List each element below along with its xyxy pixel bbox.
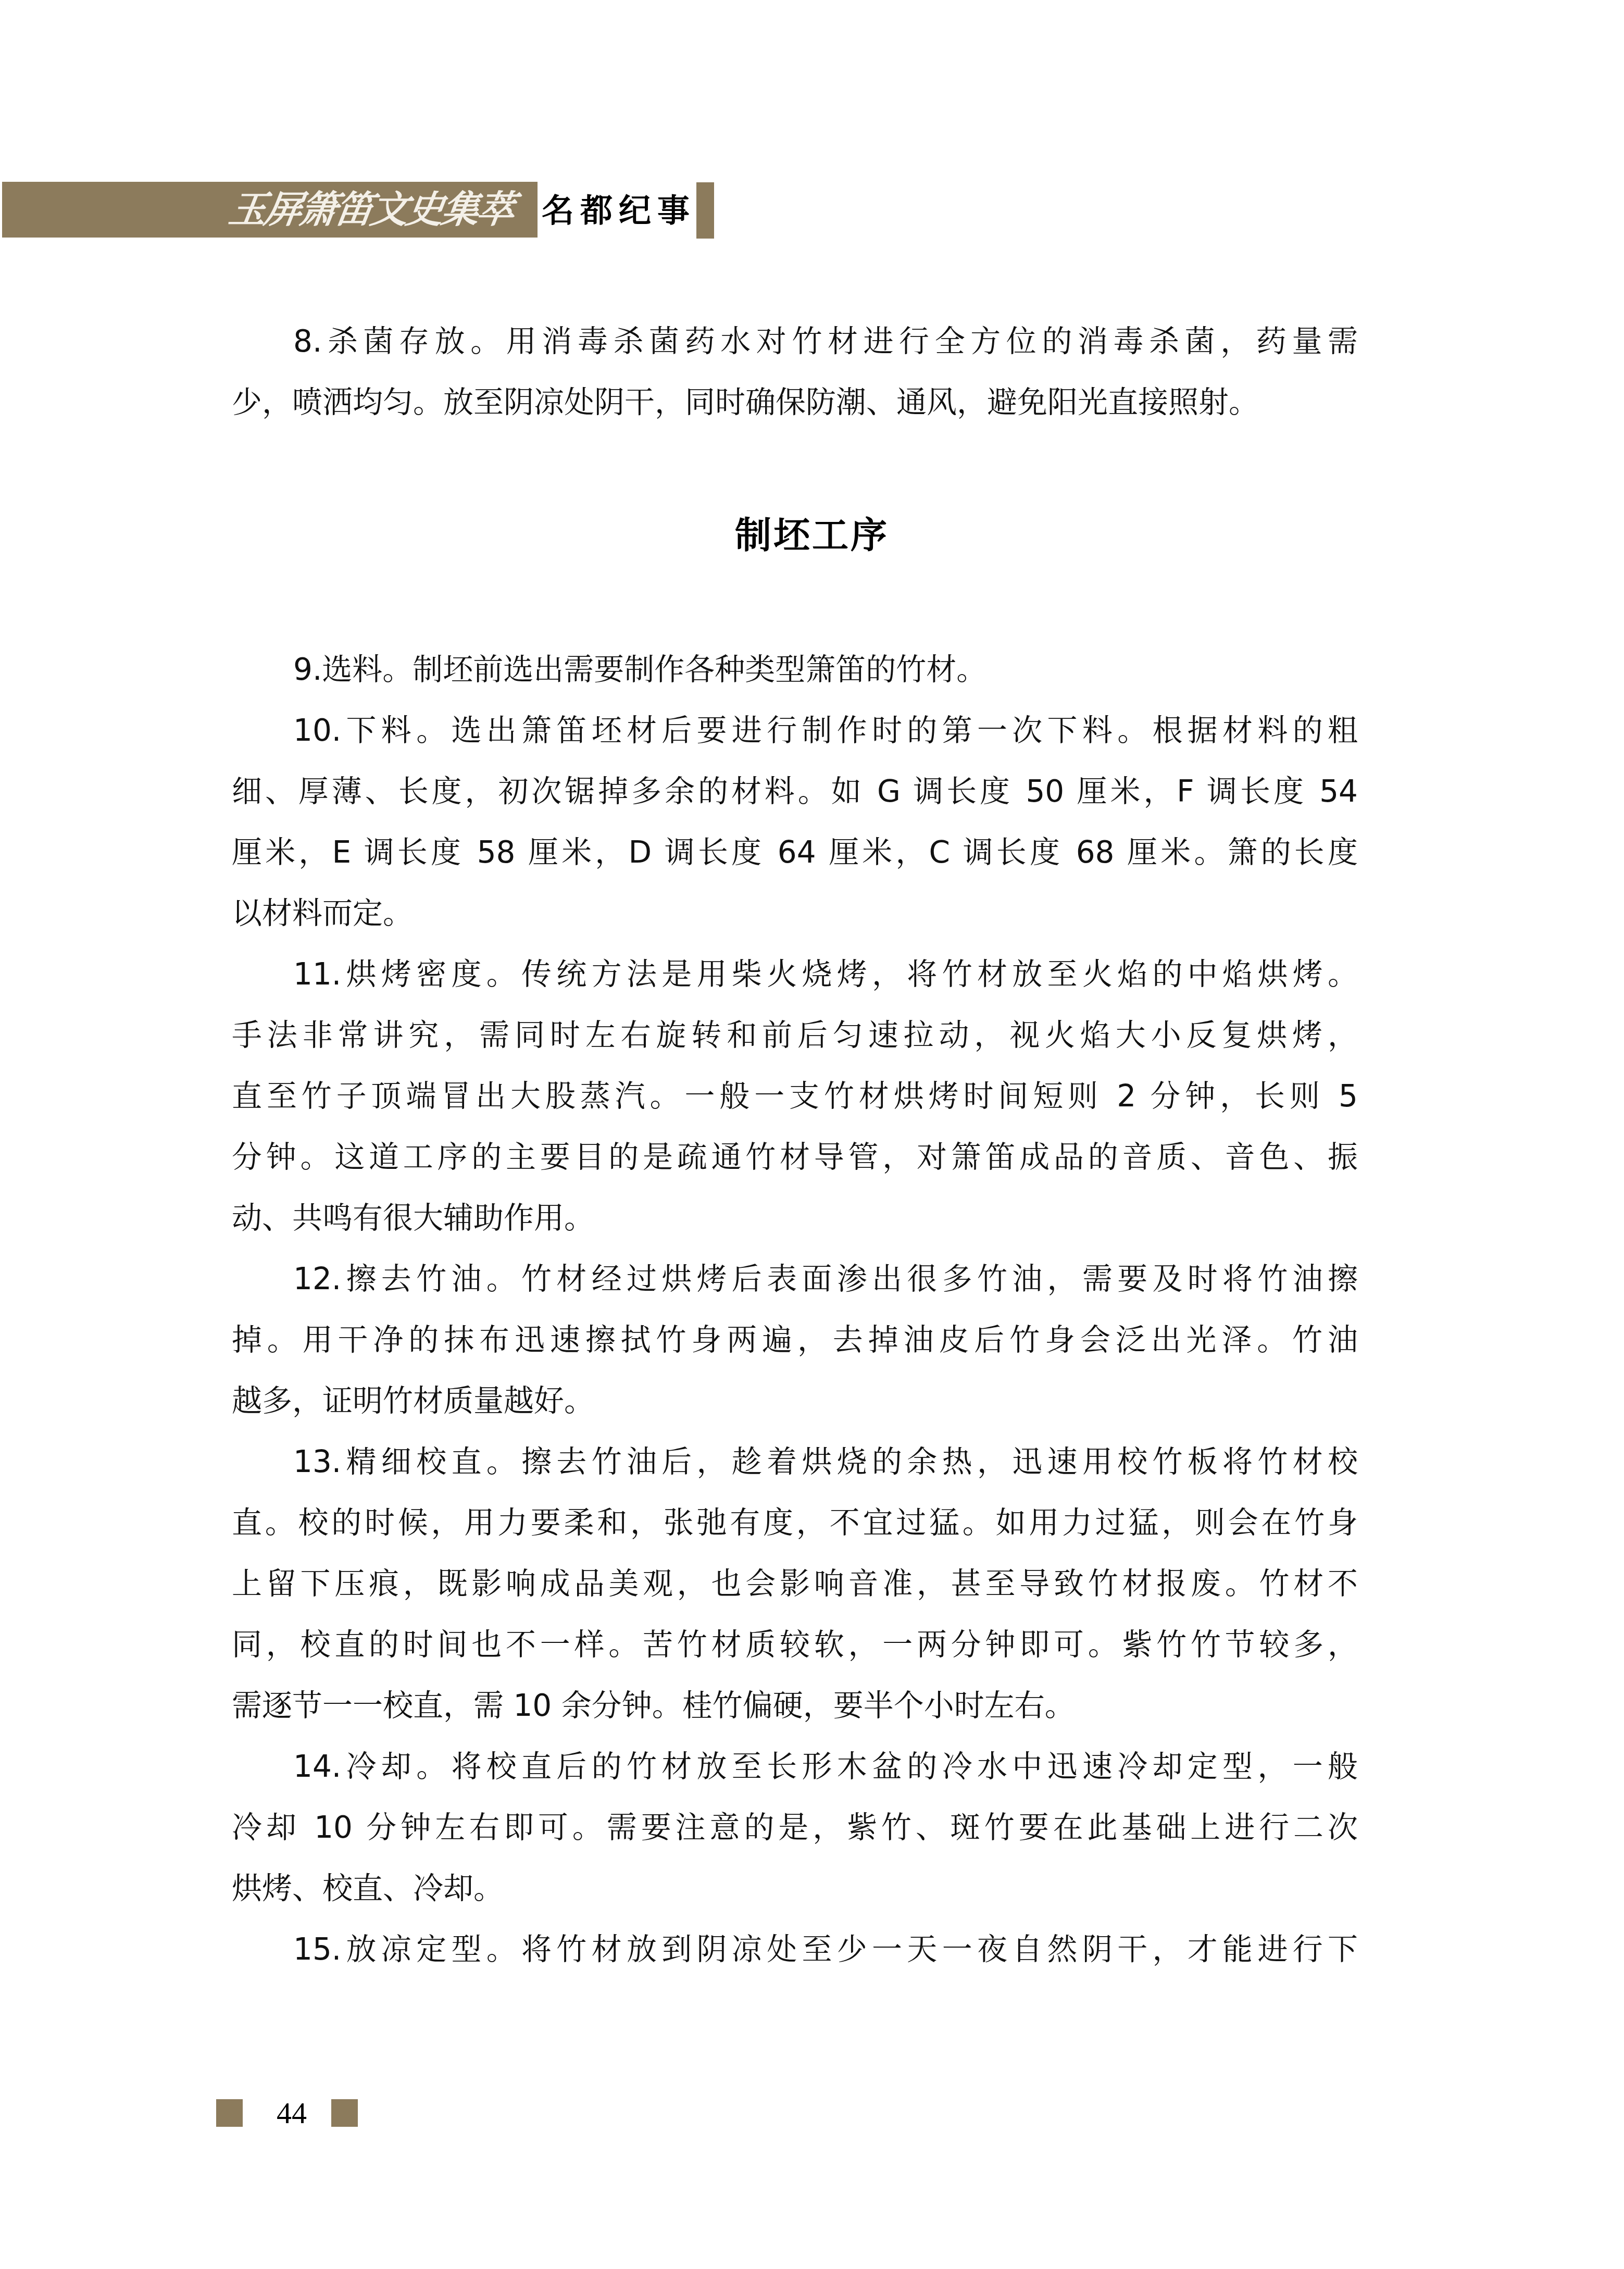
text-line: 10.下料。选出箫笛坯材后要进行制作时的第一次下料。根据材料的粗 xyxy=(293,712,1358,773)
text-line: 以材料而定。 xyxy=(232,895,1358,956)
text-line: 掉。用干净的抹布迅速擦拭竹身两遍，去掉油皮后竹身会泛出光泽。竹油 xyxy=(232,1321,1358,1382)
text-line: 上留下压痕，既影响成品美观，也会影响音准，甚至导致竹材报废。竹材不 xyxy=(232,1565,1358,1626)
section-label: 名都纪事 xyxy=(542,185,696,237)
section-title: 制坯工序 xyxy=(0,515,1624,556)
text-line: 15.放凉定型。将竹材放到阴凉处至少一天一夜自然阴干，才能进行下 xyxy=(293,1931,1358,1992)
text-line: 同，校直的时间也不一样。苦竹材质较软，一两分钟即可。紫竹竹节较多， xyxy=(232,1626,1358,1687)
header-accent-bar xyxy=(696,182,714,239)
text-line: 烘烤、校直、冷却。 xyxy=(232,1870,1358,1931)
text-line: 细、厚薄、长度，初次锯掉多余的材料。如 G 调长度 50 厘米，F 调长度 54 xyxy=(232,773,1358,834)
text-line: 12.擦去竹油。竹材经过烘烤后表面渗出很多竹油，需要及时将竹油擦 xyxy=(293,1261,1358,1321)
text-line: 14.冷却。将校直后的竹材放至长形木盆的冷水中迅速冷却定型，一般 xyxy=(293,1748,1358,1809)
text-line: 8.杀菌存放。用消毒杀菌药水对竹材进行全方位的消毒杀菌，药量需 xyxy=(293,323,1358,384)
text-line: 少，喷洒均匀。放至阴凉处阴干，同时确保防潮、通风，避免阳光直接照射。 xyxy=(232,384,1358,445)
page-number: 44 xyxy=(266,2097,318,2129)
text-line: 直。校的时候，用力要柔和，张弛有度，不宜过猛。如用力过猛，则会在竹身 xyxy=(232,1504,1358,1565)
text-line: 9.选料。制坯前选出需要制作各种类型箫笛的竹材。 xyxy=(293,651,1358,712)
text-line: 动、共鸣有很大辅助作用。 xyxy=(232,1200,1358,1261)
text-line: 冷却 10 分钟左右即可。需要注意的是，紫竹、斑竹要在此基础上进行二次 xyxy=(232,1809,1358,1870)
text-line: 11.烘烤密度。传统方法是用柴火烧烤，将竹材放至火焰的中焰烘烤。 xyxy=(293,956,1358,1017)
footer-square-left xyxy=(216,2099,243,2127)
text-line: 13.精细校直。擦去竹油后，趁着烘烧的余热，迅速用校竹板将竹材校 xyxy=(293,1443,1358,1504)
footer-square-right xyxy=(331,2099,358,2127)
text-line: 分钟。这道工序的主要目的是疏通竹材导管，对箫笛成品的音质、音色、振 xyxy=(232,1139,1358,1200)
text-line: 手法非常讲究，需同时左右旋转和前后匀速拉动，视火焰大小反复烘烤， xyxy=(232,1017,1358,1078)
series-title-calligraphy: 玉屏箫笛文史集萃 xyxy=(226,183,504,235)
text-line: 需逐节一一校直，需 10 余分钟。桂竹偏硬，要半个小时左右。 xyxy=(232,1687,1358,1748)
text-line: 厘米，E 调长度 58 厘米，D 调长度 64 厘米，C 调长度 68 厘米。箫… xyxy=(232,834,1358,895)
text-line: 越多，证明竹材质量越好。 xyxy=(232,1382,1358,1443)
text-line: 直至竹子顶端冒出大股蒸汽。一般一支竹材烘烤时间短则 2 分钟，长则 5 xyxy=(232,1078,1358,1139)
